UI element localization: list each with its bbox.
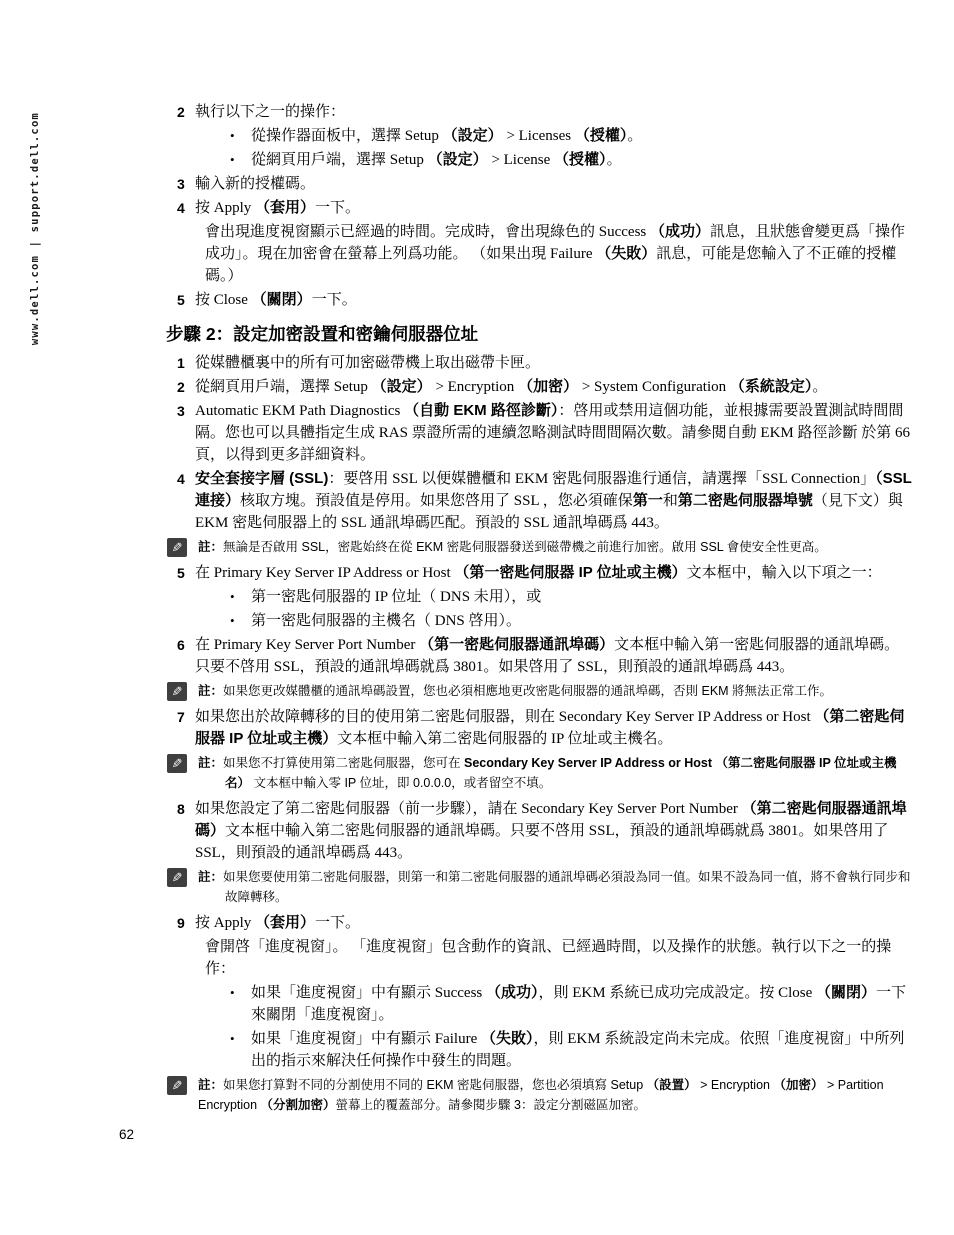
bold-text-segment: （加密） [773,1078,823,1092]
text-segment: 如果「進度視窗」中有顯示 Success [251,985,486,1001]
note-text: 註：如果您打算對不同的分割使用不同的 EKM 密匙伺服器，您也必須填寫 Setu… [198,1075,914,1115]
step-text: 按 Apply （套用）一下。 [195,197,914,219]
bullet-text: 第一密匙伺服器的主機名（ DNS 啓用）。 [251,610,914,632]
step-number: 2 [166,376,195,398]
step-item: 9按 Apply （套用）一下。 [166,912,914,934]
step-item: 2從網頁用戶端，選擇 Setup （設定） > Encryption （加密） … [166,376,914,398]
text-segment: 如果您要使用第二密匙伺服器，則第一和第二密匙伺服器的通訊埠碼必須設為同一值。如果… [223,870,911,904]
bold-text-segment: （失敗） [481,1030,534,1047]
bullet-dot-icon: • [230,586,251,608]
text-segment: 從媒體櫃裏中的所有可加密磁帶機上取出磁帶卡匣。 [195,355,540,371]
bullet-item: •從操作器面板中，選擇 Setup （設定） > Licenses （授權）。 [230,125,914,147]
text-segment: 文本框中輸入第二密匙伺服器的 IP 位址或主機名。 [337,731,672,747]
text-segment: 一下。 [315,915,360,931]
text-segment: 文本框中輸入第二密匙伺服器的通訊埠碼。只要不啓用 SSL，預設的通訊埠碼就爲 3… [195,823,888,861]
step-item: 4安全套接字層 (SSL)：要啓用 SSL 以便媒體櫃和 EKM 密匙伺服器進行… [166,468,914,534]
text-segment: 第一密匙伺服器的主機名（ DNS 啓用）。 [251,613,521,629]
sidebar-url-text: www.dell.com | support.dell.com [29,112,41,345]
bold-text-segment: （系統設定） [730,378,813,395]
text-segment: 第一密匙伺服器的 IP 位址（ DNS 未用），或 [251,589,541,605]
bold-text-segment: （設定） [443,127,503,144]
step-text: 按 Apply （套用）一下。 [195,912,914,934]
text-segment: 。 [627,128,642,144]
text-segment: 如果您打算對不同的分割使用不同的 EKM 密匙伺服器，您也必須填寫 Setup [223,1078,647,1092]
bullet-text: 從網頁用戶端，選擇 Setup （設定） > License （授權）。 [251,149,914,171]
text-segment: > Encryption [697,1078,774,1092]
step-number: 4 [166,468,195,534]
bold-text-segment: （套用） [255,914,315,931]
text-segment: Automatic EKM Path Diagnostics [195,403,404,419]
step-item: 4按 Apply （套用）一下。 [166,197,914,219]
bullet-text: 第一密匙伺服器的 IP 位址（ DNS 未用），或 [251,586,914,608]
bold-text-segment: 註： [198,756,223,770]
bold-text-segment: （成功） [650,223,710,240]
text-segment: 從網頁用戶端，選擇 Setup [195,379,372,395]
bullet-item: •如果「進度視窗」中有顯示 Success （成功），則 EKM 系統已成功完成… [230,982,914,1026]
text-segment: > License [488,152,554,168]
step-number: 2 [166,101,195,123]
text-segment: 按 Apply [195,200,255,216]
step-number: 4 [166,197,195,219]
text-segment: 如果「進度視窗」中有顯示 Failure [251,1031,481,1047]
step-number: 3 [166,173,195,195]
text-segment: 執行以下之一的操作： [195,104,345,120]
text-segment: ，則 EKM 系統已成功完成設定。按 Close [539,985,817,1001]
step-item: 1從媒體櫃裏中的所有可加密磁帶機上取出磁帶卡匣。 [166,352,914,374]
text-segment: 從網頁用戶端，選擇 Setup [251,152,428,168]
step-number: 5 [166,562,195,584]
doc-content: 2執行以下之一的操作：•從操作器面板中，選擇 Setup （設定） > Lice… [166,101,914,1120]
text-segment: 會開啓「進度視窗」。 「進度視窗」包含動作的資訊、已經過時間，以及操作的狀態。執… [205,939,891,977]
text-segment: 從操作器面板中，選擇 Setup [251,128,443,144]
text-segment: 會出現進度視窗顯示已經過的時間。完成時，會出現綠色的 Success [205,224,650,240]
text-segment: 核取方塊。預設值是停用。如果您啓用了 SSL ，您必須確保 [240,493,633,509]
pencil-note-icon: ✎ [167,682,187,701]
bold-text-segment: 第二密匙伺服器埠號 [678,492,813,509]
text-segment: 一下。 [312,292,357,308]
step-text: 如果您設定了第二密匙伺服器（前一步驟），請在 Secondary Key Ser… [195,798,914,864]
step-text: Automatic EKM Path Diagnostics （自動 EKM 路… [195,400,914,466]
step-number: 5 [166,289,195,311]
text-segment: 螢幕上的覆蓋部分。請參閱步驟 3：設定分割磁區加密。 [336,1098,646,1112]
text-segment: > Encryption [432,379,518,395]
step-text: 如果您出於故障轉移的目的使用第二密匙伺服器，則在 Secondary Key S… [195,706,914,750]
bold-text-segment: （設置） [647,1078,697,1092]
text-segment: 文本框中輸入零 IP 位址，即 0.0.0.0，或者留空不填。 [250,776,551,790]
bold-text-segment: 註： [198,870,223,884]
bold-text-segment: 安全套接字層 (SSL) [195,470,328,487]
text-segment: 按 Apply [195,915,255,931]
note-text: 註：如果您更改媒體櫃的通訊埠碼設置，您也必須相應地更改密匙伺服器的通訊埠碼，否則… [198,681,914,701]
note: ✎註：無論是否啟用 SSL，密匙始終在從 EKM 密匙伺服器發送到磁帶機之前進行… [167,537,914,557]
text-segment: > Licenses [503,128,575,144]
note: ✎註：如果您更改媒體櫃的通訊埠碼設置，您也必須相應地更改密匙伺服器的通訊埠碼，否… [167,681,914,701]
pencil-note-icon: ✎ [167,538,187,557]
bullet-text: 從操作器面板中，選擇 Setup （設定） > Licenses （授權）。 [251,125,914,147]
text-segment: > System Configuration [578,379,730,395]
step-text: 在 Primary Key Server Port Number （第一密匙伺服… [195,634,914,678]
bullet-item: •第一密匙伺服器的 IP 位址（ DNS 未用），或 [230,586,914,608]
document-page: { "sidebar": { "text": "www.dell.com | s… [0,0,954,1235]
step-item: 2執行以下之一的操作： [166,101,914,123]
pencil-note-icon: ✎ [167,1076,187,1095]
text-segment: 按 Close [195,292,252,308]
text-segment: 和 [663,493,678,509]
step-item: 3Automatic EKM Path Diagnostics （自動 EKM … [166,400,914,466]
bold-text-segment: （關閉） [252,291,312,308]
step-text: 在 Primary Key Server IP Address or Host … [195,562,914,584]
section-heading: 步驟 2：設定加密設置和密鑰伺服器位址 [166,324,914,345]
step-item: 5在 Primary Key Server IP Address or Host… [166,562,914,584]
text-segment: ：要啓用 SSL 以便媒體櫃和 EKM 密匙伺服器進行通信，請選擇「SSL Co… [328,471,875,487]
step-number: 3 [166,400,195,466]
text-segment: 文本框中，輸入以下項之一： [687,565,882,581]
bullet-item: •第一密匙伺服器的主機名（ DNS 啓用）。 [230,610,914,632]
bold-text-segment: （第一密匙伺服器通訊埠碼） [419,636,614,653]
text-segment: 如果您設定了第二密匙伺服器（前一步驟），請在 Secondary Key Ser… [195,801,742,817]
bold-text-segment: （授權） [554,151,607,168]
step-item: 3輸入新的授權碼。 [166,173,914,195]
step-text: 安全套接字層 (SSL)：要啓用 SSL 以便媒體櫃和 EKM 密匙伺服器進行通… [195,468,914,534]
step-item: 7如果您出於故障轉移的目的使用第二密匙伺服器，則在 Secondary Key … [166,706,914,750]
bullet-dot-icon: • [230,125,251,147]
step-item: 5按 Close （關閉）一下。 [166,289,914,311]
text-segment: 。 [607,152,622,168]
text-segment: 。 [812,379,827,395]
bullet-text: 如果「進度視窗」中有顯示 Success （成功），則 EKM 系統已成功完成設… [251,982,914,1026]
bold-text-segment: （加密） [518,378,578,395]
step-number: 9 [166,912,195,934]
text-segment: 如果您不打算使用第二密匙伺服器，您可在 [223,756,464,770]
bold-text-segment: 註： [198,684,223,698]
bullet-dot-icon: • [230,149,251,171]
bullet-item: •如果「進度視窗」中有顯示 Failure （失敗），則 EKM 系統設定尚未完… [230,1028,914,1072]
note-text: 註：無論是否啟用 SSL，密匙始終在從 EKM 密匙伺服器發送到磁帶機之前進行加… [198,537,914,557]
step-text: 按 Close （關閉）一下。 [195,289,914,311]
paragraph: 會出現進度視窗顯示已經過的時間。完成時，會出現綠色的 Success （成功）訊… [205,221,914,287]
bold-text-segment: （成功） [486,984,539,1001]
text-segment: 無論是否啟用 SSL，密匙始終在從 EKM 密匙伺服器發送到磁帶機之前進行加密。… [223,540,827,554]
bold-text-segment: （設定） [428,151,488,168]
step-text: 從網頁用戶端，選擇 Setup （設定） > Encryption （加密） >… [195,376,914,398]
bold-text-segment: （分割加密） [261,1098,336,1112]
text-segment: 如果您更改媒體櫃的通訊埠碼設置，您也必須相應地更改密匙伺服器的通訊埠碼，否則 E… [223,684,832,698]
step-text: 從媒體櫃裏中的所有可加密磁帶機上取出磁帶卡匣。 [195,352,914,374]
bold-text-segment: 註： [198,1078,223,1092]
bold-text-segment: （套用） [255,199,315,216]
step-number: 8 [166,798,195,864]
note: ✎註：如果您要使用第二密匙伺服器，則第一和第二密匙伺服器的通訊埠碼必須設為同一值… [167,867,914,907]
step-item: 6在 Primary Key Server Port Number （第一密匙伺… [166,634,914,678]
text-segment: 如果您出於故障轉移的目的使用第二密匙伺服器，則在 Secondary Key S… [195,709,814,725]
note: ✎註：如果您打算對不同的分割使用不同的 EKM 密匙伺服器，您也必須填寫 Set… [167,1075,914,1115]
text-segment: 輸入新的授權碼。 [195,176,315,192]
pencil-note-icon: ✎ [167,868,187,887]
step-number: 1 [166,352,195,374]
bullet-dot-icon: • [230,610,251,632]
bullet-dot-icon: • [230,1028,251,1072]
pencil-note-icon: ✎ [167,754,187,773]
text-segment: 一下。 [315,200,360,216]
note: ✎註：如果您不打算使用第二密匙伺服器，您可在 Secondary Key Ser… [167,753,914,793]
bold-text-segment: （失敗） [596,245,656,262]
bold-text-segment: 第一 [633,492,663,509]
step-item: 8如果您設定了第二密匙伺服器（前一步驟），請在 Secondary Key Se… [166,798,914,864]
bold-text-segment: 註： [198,540,223,554]
bold-text-segment: （授權） [575,127,628,144]
bold-text-segment: （關閉） [816,984,876,1001]
note-text: 註：如果您要使用第二密匙伺服器，則第一和第二密匙伺服器的通訊埠碼必須設為同一值。… [198,867,914,907]
text-segment: 在 Primary Key Server IP Address or Host [195,565,454,581]
step-number: 7 [166,706,195,750]
bold-text-segment: （自動 EKM 路徑診斷） [404,402,558,419]
note-text: 註：如果您不打算使用第二密匙伺服器，您可在 Secondary Key Serv… [198,753,914,793]
bold-text-segment: （第一密匙伺服器 IP 位址或主機） [454,564,686,581]
bullet-dot-icon: • [230,982,251,1026]
bullet-item: •從網頁用戶端，選擇 Setup （設定） > License （授權）。 [230,149,914,171]
step-text: 執行以下之一的操作： [195,101,914,123]
paragraph: 會開啓「進度視窗」。 「進度視窗」包含動作的資訊、已經過時間，以及操作的狀態。執… [205,936,914,980]
page-number: 62 [119,1127,134,1142]
step-text: 輸入新的授權碼。 [195,173,914,195]
text-segment: 在 Primary Key Server Port Number [195,637,419,653]
step-number: 6 [166,634,195,678]
bullet-text: 如果「進度視窗」中有顯示 Failure （失敗），則 EKM 系統設定尚未完成… [251,1028,914,1072]
bold-text-segment: （設定） [372,378,432,395]
